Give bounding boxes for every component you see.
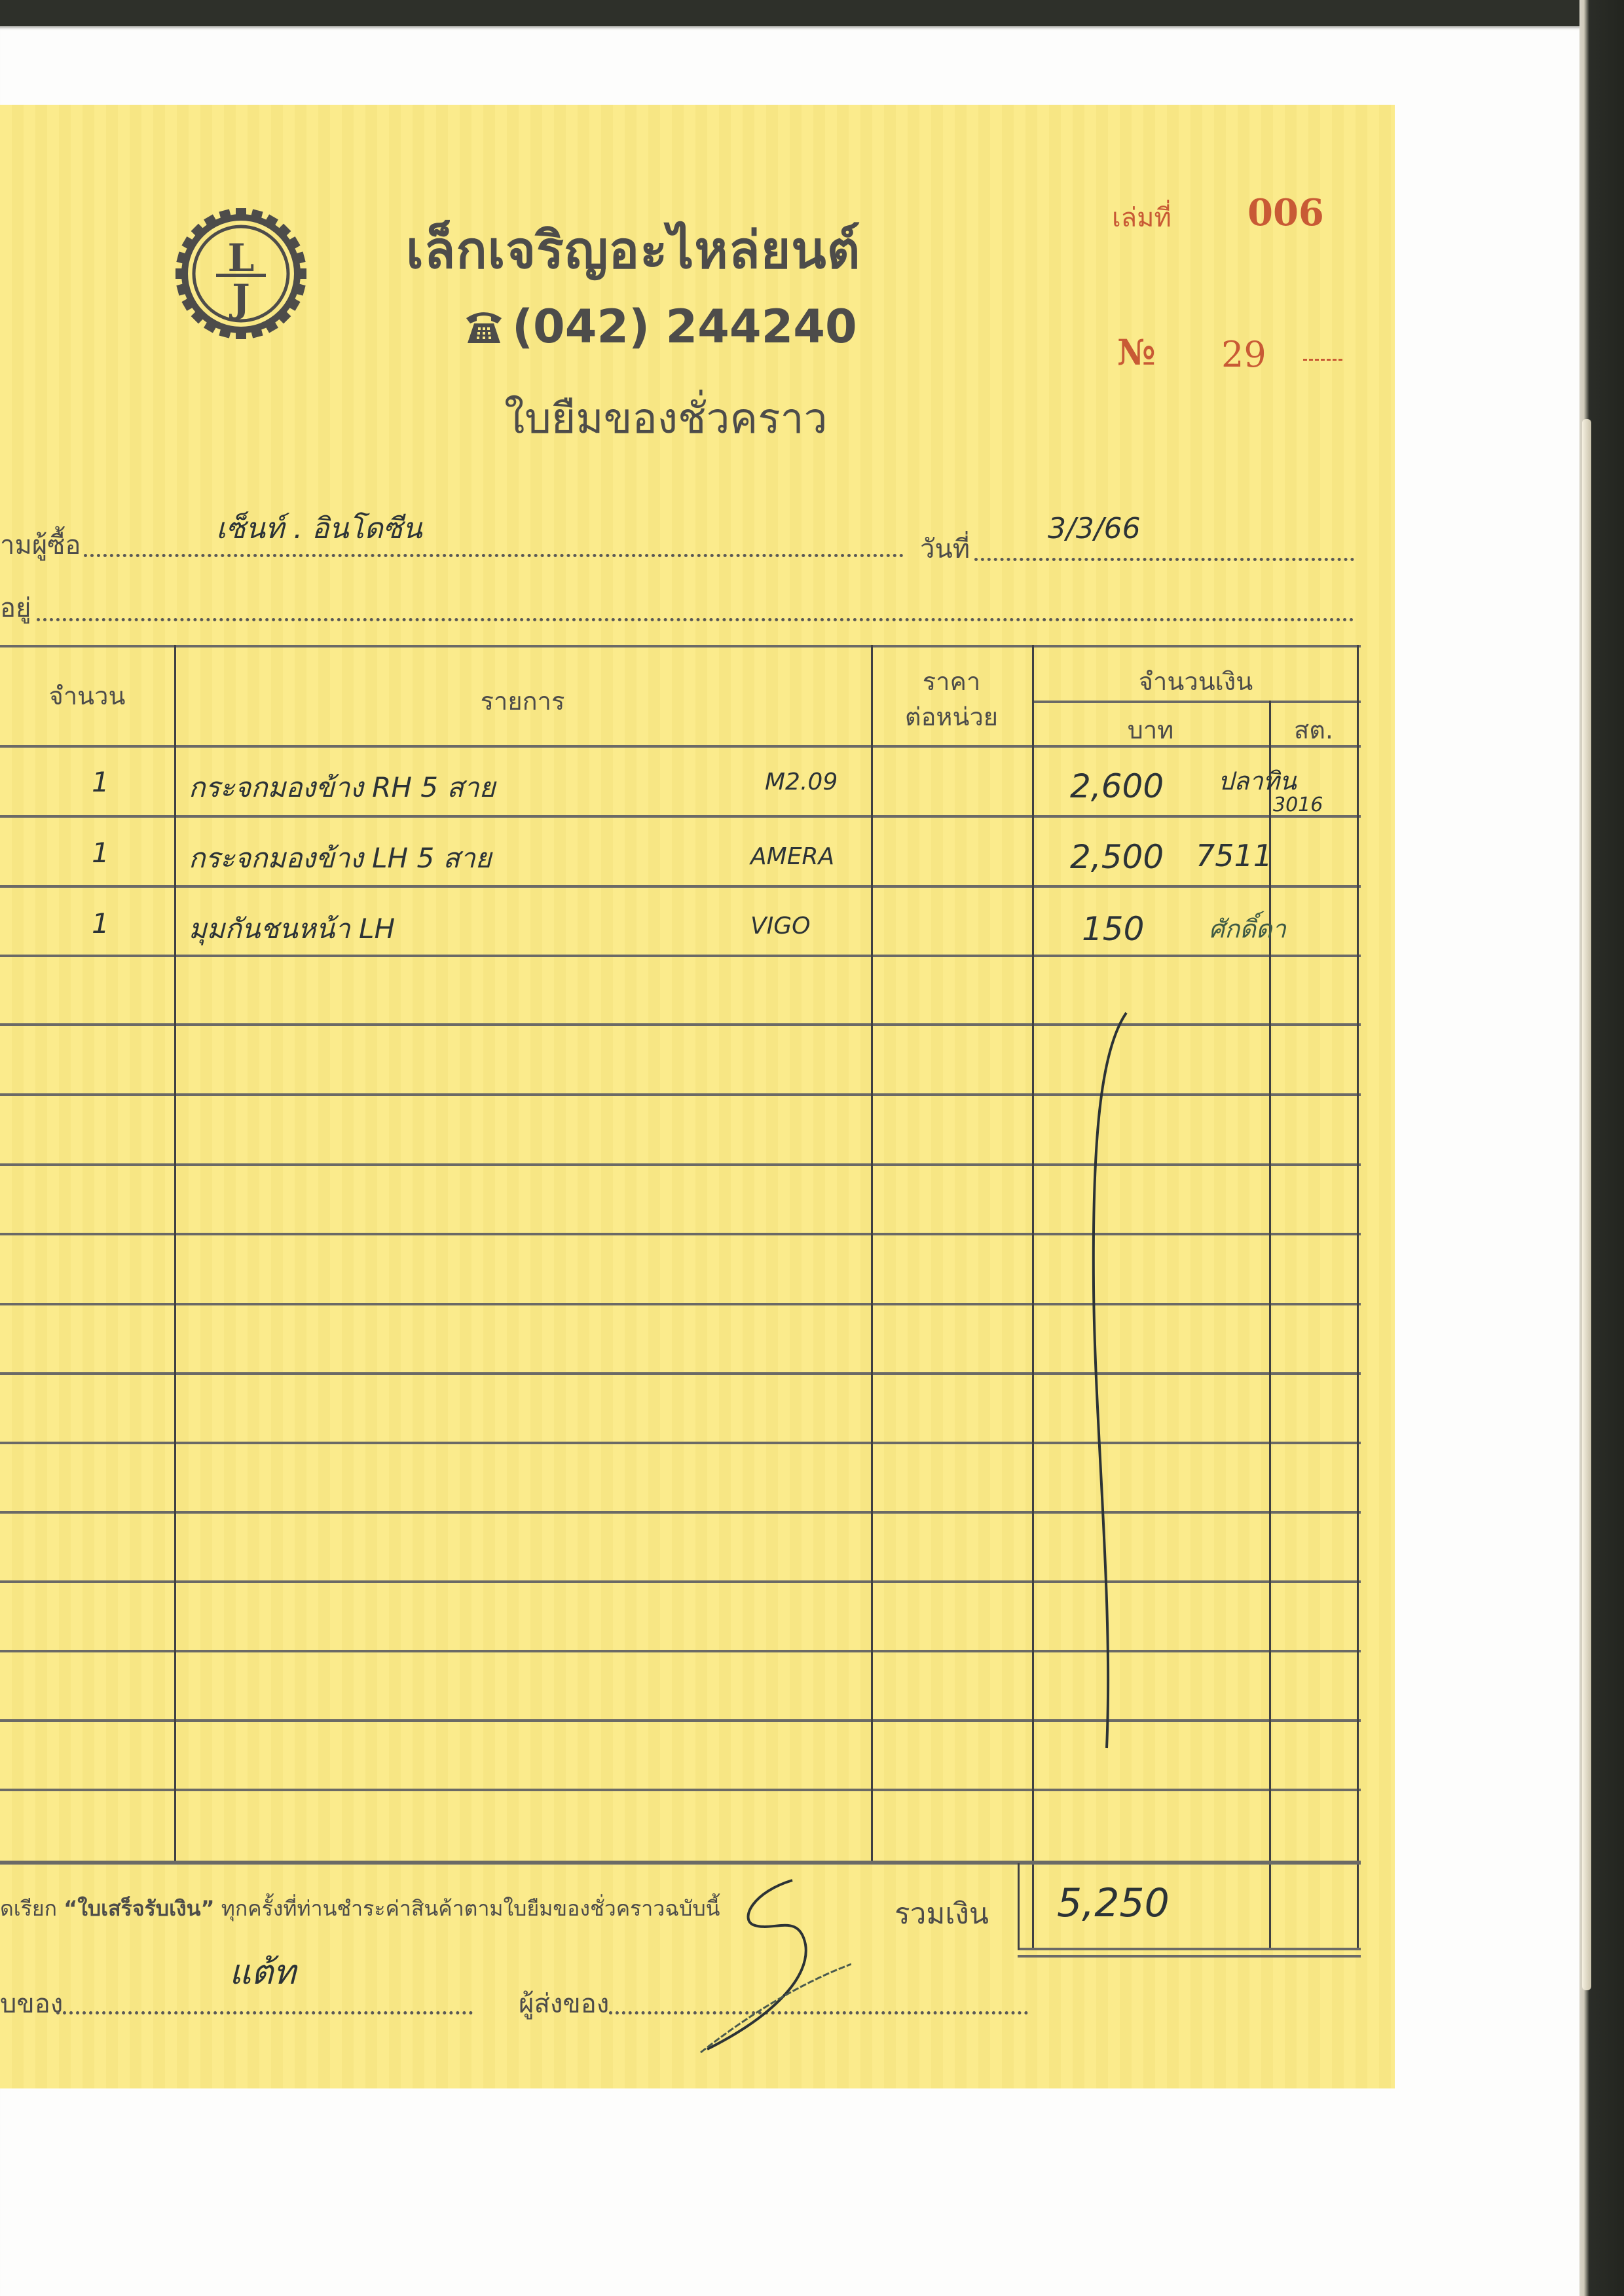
row-model[interactable]: VIGO: [750, 913, 810, 939]
row-description[interactable]: กระจกมองข้าง LH 5 สาย: [189, 837, 491, 880]
sender-label: ผู้ส่งของ: [519, 1982, 609, 2024]
column-header-unit-price-1: ราคา: [871, 661, 1032, 701]
table-bottom-border: [0, 1861, 1361, 1865]
column-header-qty: จำนวน: [0, 676, 174, 716]
column-header-unit-price-2: ต่อหน่วย: [871, 697, 1032, 737]
row-satang[interactable]: 3016: [1273, 793, 1323, 816]
telephone-icon: [465, 309, 503, 344]
total-box-bottom-line: [1018, 1948, 1361, 1950]
buyer-dotted-line: [84, 554, 904, 557]
table-top-border: [0, 645, 1361, 647]
row-divider-line: [0, 1093, 1361, 1096]
column-header-baht: บาท: [1032, 710, 1269, 750]
total-box-left: [1018, 1863, 1020, 1950]
void-stroke-mark: [1087, 1011, 1139, 1751]
receiver-label: บของ: [0, 1982, 63, 2024]
row-divider-line: [0, 1650, 1361, 1652]
row-divider-line: [0, 1511, 1361, 1514]
notice-suffix: ทุกครั้งที่ท่านชำระค่าสินค้าตามใบยืมของช…: [221, 1896, 720, 1921]
book-number: 006: [1247, 191, 1324, 234]
row-divider-line: [0, 1719, 1361, 1722]
row-divider-line: [0, 1372, 1361, 1375]
receipt-notice: ดเรียก “ใบเสร็จรับเงิน” ทุกครั้งที่ท่านช…: [0, 1892, 720, 1925]
number-dash: [1303, 359, 1342, 361]
total-box-double-line: [1018, 1955, 1361, 1958]
row-qty[interactable]: 1: [92, 907, 109, 939]
row-divider-line: [0, 1580, 1361, 1583]
address-label: อยู่: [0, 587, 31, 629]
row-baht[interactable]: 150: [1082, 910, 1144, 948]
column-header-description: รายการ: [174, 681, 871, 721]
row-description[interactable]: กระจกมองข้าง RH 5 สาย: [189, 766, 495, 809]
document-title: ใบยืมของชั่วคราว: [504, 385, 827, 452]
row-divider-line: [0, 1789, 1361, 1791]
row-baht[interactable]: 2,500: [1070, 838, 1164, 876]
svg-text:L: L: [228, 236, 255, 280]
table-row: 1 กระจกมองข้าง RH 5 สาย M2.09 2,600 ปลาท…: [0, 766, 1361, 831]
gear-logo-icon: L J: [175, 208, 306, 339]
row-divider-line: [0, 1163, 1361, 1166]
notice-receipt-term: “ใบเสร็จรับเงิน”: [64, 1896, 214, 1921]
date-dotted-line: [974, 558, 1354, 561]
svg-text:J: J: [229, 276, 249, 321]
buyer-label: ามผู้ซื้อ: [0, 524, 81, 566]
table-row: 1 กระจกมองข้าง LH 5 สาย AMERA 2,500 7511: [0, 837, 1361, 902]
total-value[interactable]: 5,250: [1057, 1880, 1170, 1926]
number-value: 29: [1221, 334, 1266, 375]
date-label: วันที่: [920, 528, 970, 570]
number-label: №: [1117, 331, 1156, 373]
row-divider-line: [0, 1442, 1361, 1444]
total-label: รวมเงิน: [895, 1891, 989, 1937]
row-description[interactable]: มุมกันชนหน้า LH: [189, 907, 395, 951]
column-header-amount: จำนวนเงิน: [1032, 661, 1359, 701]
row-note: ศักดิ์ดา: [1209, 909, 1286, 949]
company-name: เล็กเจริญอะไหล่ยนต์: [406, 210, 860, 291]
row-model[interactable]: AMERA: [750, 843, 834, 870]
phone-line: (042) 244240: [465, 300, 857, 354]
date-value[interactable]: 3/3/66: [1048, 512, 1141, 545]
binder-ring: [1582, 419, 1591, 1990]
row-baht[interactable]: 2,600: [1070, 767, 1164, 805]
row-divider-line: [0, 1233, 1361, 1235]
row-model[interactable]: M2.09: [765, 769, 838, 795]
address-dotted-line: [37, 618, 1354, 621]
notice-prefix: ดเรียก: [0, 1896, 57, 1921]
row-qty[interactable]: 1: [92, 837, 109, 869]
row-divider-line: [0, 1023, 1361, 1026]
book-label: เล่มที่: [1112, 196, 1172, 238]
row-note: 7511: [1196, 838, 1272, 873]
table-row: 1 มุมกันชนหน้า LH VIGO 150 ศักดิ์ดา: [0, 907, 1361, 973]
row-qty[interactable]: 1: [92, 766, 109, 798]
buyer-value[interactable]: เซ็นท์ . อินโดซีน: [216, 505, 422, 551]
receiver-signature[interactable]: แต้ท: [229, 1944, 296, 1999]
column-header-satang: สต.: [1269, 710, 1358, 750]
receiver-dotted-line: [56, 2011, 473, 2014]
phone-number: (042) 244240: [512, 300, 857, 354]
sender-signature-scribble[interactable]: [694, 1872, 851, 2056]
row-divider-line: [0, 1303, 1361, 1305]
